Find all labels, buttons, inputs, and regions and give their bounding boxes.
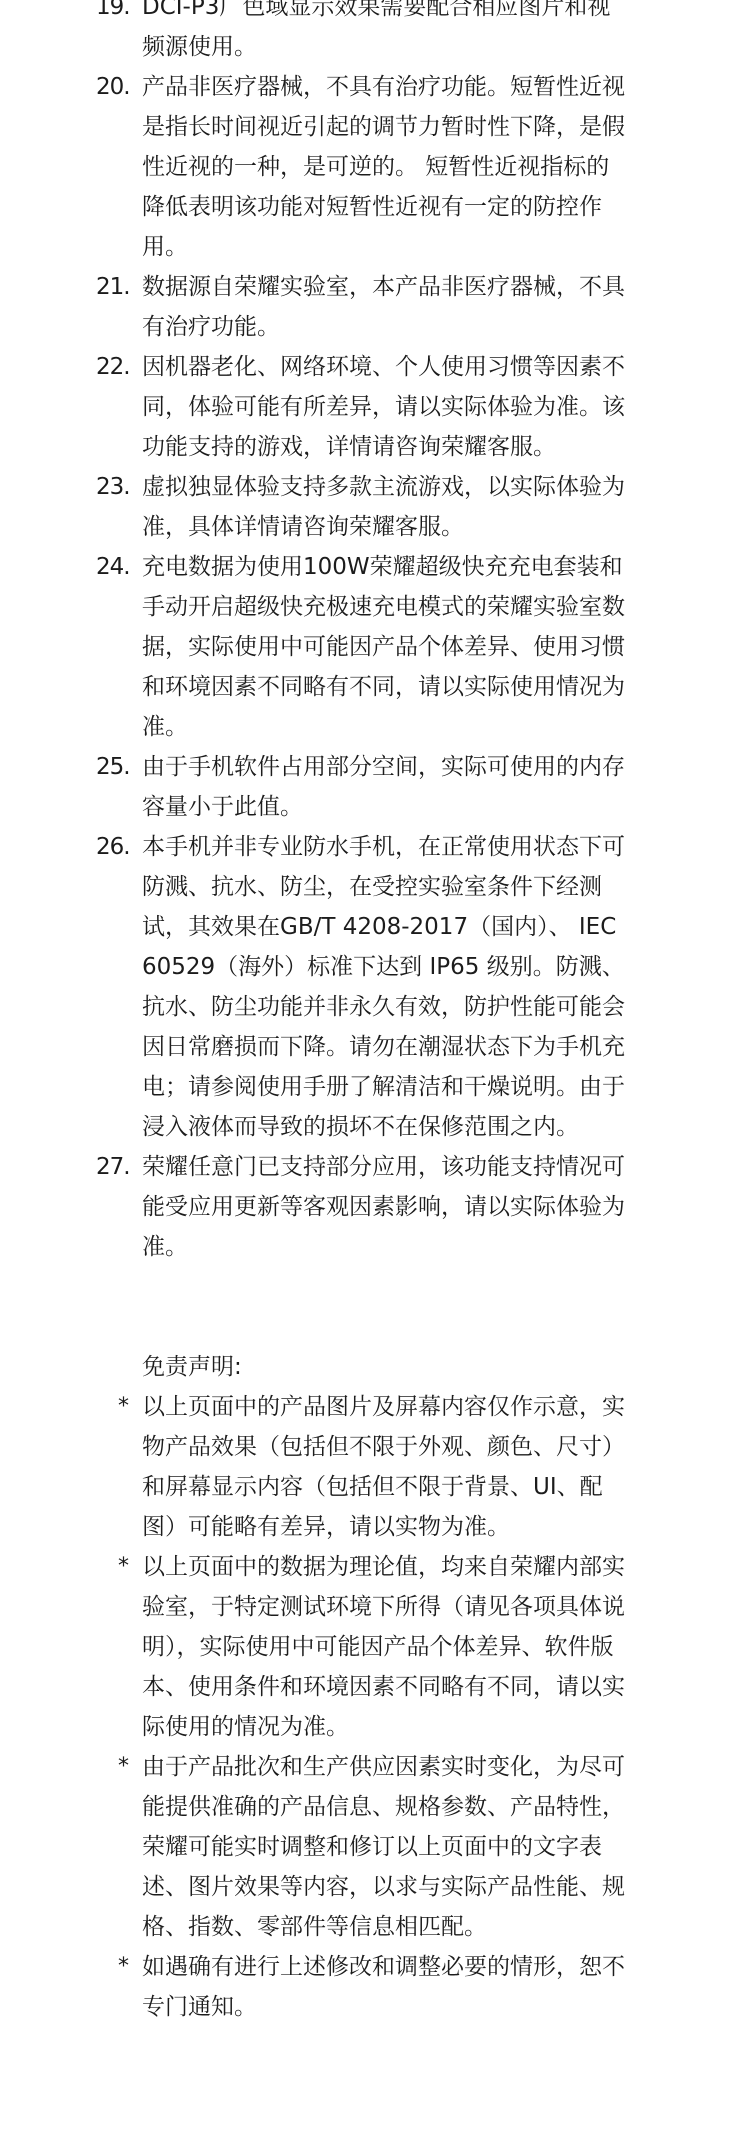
footnotes-page: 19. DCI-P3广色域显示效果需要配合相应图片和视频源使用。 20. 产品非… — [0, 0, 750, 2027]
footnote-item: 24. 充电数据为使用100W荣耀超级快充充电套装和手动开启超级快充极速充电模式… — [0, 547, 628, 747]
disclaimer-text: 以上页面中的产品图片及屏幕内容仅作示意，实物产品效果（包括但不限于外观、颜色、尺… — [142, 1394, 625, 1540]
footnote-number: 20. — [96, 67, 142, 107]
footnote-number: 19. — [96, 0, 142, 27]
footnote-number: 21. — [96, 267, 142, 307]
footnote-text: 充电数据为使用100W荣耀超级快充充电套装和手动开启超级快充极速充电模式的荣耀实… — [142, 554, 625, 740]
footnote-text: 数据源自荣耀实验室，本产品非医疗器械，不具有治疗功能。 — [142, 274, 625, 340]
disclaimer-text: 由于产品批次和生产供应因素实时变化，为尽可能提供准确的产品信息、规格参数、产品特… — [142, 1754, 625, 1940]
footnote-item: 22. 因机器老化、网络环境、个人使用习惯等因素不同，体验可能有所差异，请以实际… — [0, 347, 628, 467]
footnote-item: 25. 由于手机软件占用部分空间，实际可使用的内存容量小于此值。 — [0, 747, 628, 827]
footnote-item: 20. 产品非医疗器械，不具有治疗功能。短暂性近视是指长时间视近引起的调节力暂时… — [0, 67, 628, 267]
footnote-number: 26. — [96, 827, 142, 867]
footnote-text: 荣耀任意门已支持部分应用，该功能支持情况可能受应用更新等客观因素影响，请以实际体… — [142, 1154, 625, 1260]
asterisk-bullet-icon: * — [118, 1387, 138, 1427]
disclaimer-item: * 如遇确有进行上述修改和调整必要的情形，恕不专门通知。 — [0, 1947, 628, 2027]
disclaimer-item: * 由于产品批次和生产供应因素实时变化，为尽可能提供准确的产品信息、规格参数、产… — [0, 1747, 628, 1947]
footnote-item: 21. 数据源自荣耀实验室，本产品非医疗器械，不具有治疗功能。 — [0, 267, 628, 347]
footnote-number: 24. — [96, 547, 142, 587]
asterisk-bullet-icon: * — [118, 1547, 138, 1587]
footnote-text: 本手机并非专业防水手机，在正常使用状态下可防溅、抗水、防尘，在受控实验室条件下经… — [142, 834, 625, 1140]
disclaimer-item: * 以上页面中的产品图片及屏幕内容仅作示意，实物产品效果（包括但不限于外观、颜色… — [0, 1387, 628, 1547]
disclaimer-item: * 以上页面中的数据为理论值，均来自荣耀内部实验室，于特定测试环境下所得（请见各… — [0, 1547, 628, 1747]
footnote-number: 25. — [96, 747, 142, 787]
footnote-item: 19. DCI-P3广色域显示效果需要配合相应图片和视频源使用。 — [0, 0, 628, 67]
footnote-number: 22. — [96, 347, 142, 387]
footnote-item: 27. 荣耀任意门已支持部分应用，该功能支持情况可能受应用更新等客观因素影响，请… — [0, 1147, 628, 1267]
footnote-number: 27. — [96, 1147, 142, 1187]
footnote-text: 虚拟独显体验支持多款主流游戏，以实际体验为准，具体详情请咨询荣耀客服。 — [142, 474, 625, 540]
asterisk-bullet-icon: * — [118, 1747, 138, 1787]
footnote-item: 23. 虚拟独显体验支持多款主流游戏，以实际体验为准，具体详情请咨询荣耀客服。 — [0, 467, 628, 547]
asterisk-bullet-icon: * — [118, 1947, 138, 1987]
section-spacer — [0, 1267, 750, 1347]
disclaimer-section: 免责声明: * 以上页面中的产品图片及屏幕内容仅作示意，实物产品效果（包括但不限… — [0, 1347, 750, 2027]
footnote-number: 23. — [96, 467, 142, 507]
disclaimer-text: 如遇确有进行上述修改和调整必要的情形，恕不专门通知。 — [142, 1954, 625, 2020]
footnote-item: 26. 本手机并非专业防水手机，在正常使用状态下可防溅、抗水、防尘，在受控实验室… — [0, 827, 628, 1147]
disclaimer-list: * 以上页面中的产品图片及屏幕内容仅作示意，实物产品效果（包括但不限于外观、颜色… — [0, 1387, 750, 2027]
footnote-text: DCI-P3广色域显示效果需要配合相应图片和视频源使用。 — [142, 0, 610, 60]
footnote-text: 因机器老化、网络环境、个人使用习惯等因素不同，体验可能有所差异，请以实际体验为准… — [142, 354, 625, 460]
disclaimer-title: 免责声明: — [0, 1347, 750, 1387]
footnote-text: 产品非医疗器械，不具有治疗功能。短暂性近视是指长时间视近引起的调节力暂时性下降，… — [142, 74, 625, 260]
disclaimer-text: 以上页面中的数据为理论值，均来自荣耀内部实验室，于特定测试环境下所得（请见各项具… — [142, 1554, 625, 1740]
footnote-text: 由于手机软件占用部分空间，实际可使用的内存容量小于此值。 — [142, 754, 625, 820]
footnote-list: 19. DCI-P3广色域显示效果需要配合相应图片和视频源使用。 20. 产品非… — [0, 0, 750, 1267]
